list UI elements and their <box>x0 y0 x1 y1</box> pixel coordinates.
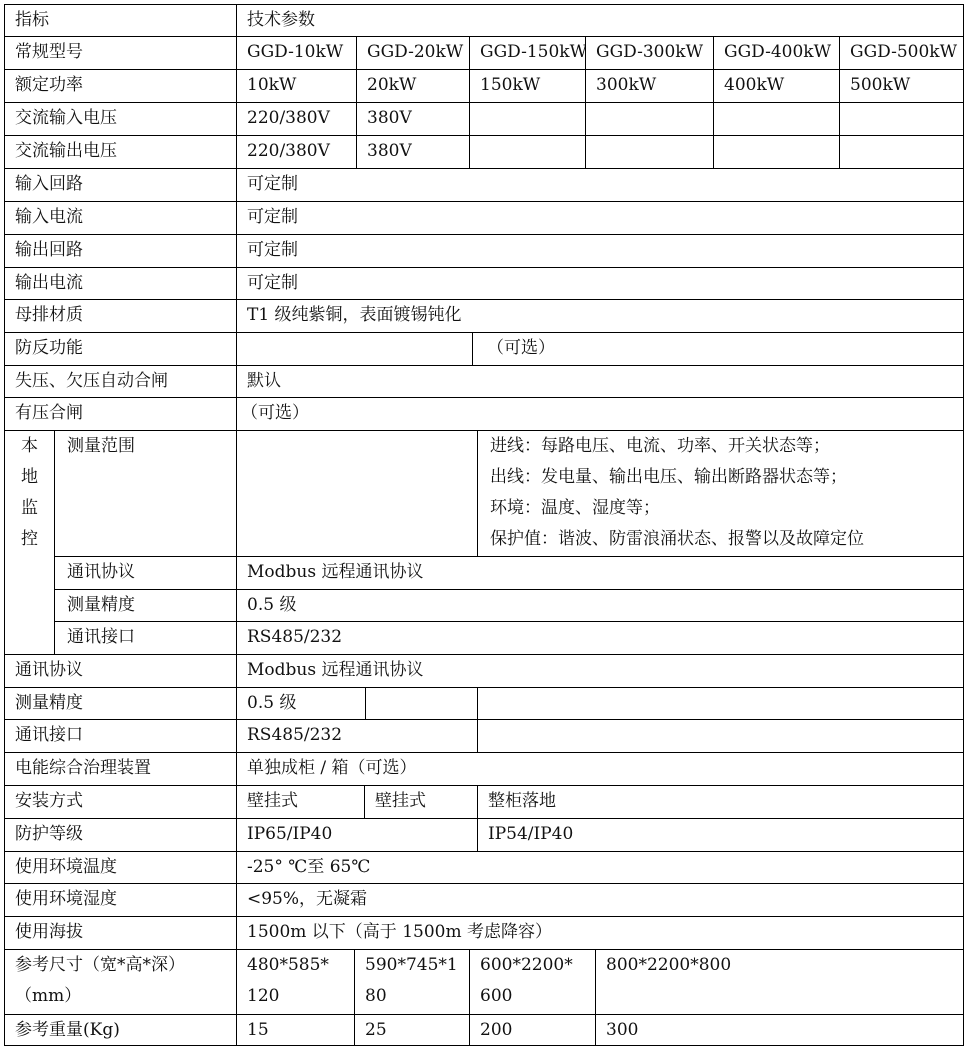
row-label-interface: 通讯接口 <box>4 719 237 753</box>
row-label-operating_humidity-text: 使用环境湿度 <box>15 884 236 915</box>
row-label-altitude-text: 使用海拔 <box>15 917 236 948</box>
local-interface-value: RS485/232 <box>236 621 964 655</box>
row-label-interface-text: 通讯接口 <box>15 720 236 751</box>
row-label-dimensions-text: 参考尺寸（宽*高*深） <box>15 950 236 981</box>
row-label-anti_reverse: 防反功能 <box>4 332 237 366</box>
interface-cell-text <box>488 720 963 751</box>
row-label-dimensions-text: （mm） <box>15 981 236 1012</box>
row-label-input_circuit-text: 输入回路 <box>15 169 236 200</box>
ac_input_voltage-cell-text: 220/380V <box>247 103 356 134</box>
live_close-value-text: （可选） <box>241 398 963 429</box>
operating_temperature-value-text: -25° ℃至 65℃ <box>247 852 963 883</box>
weight-cell: 25 <box>354 1014 470 1046</box>
ac_output_voltage-cell-text: 220/380V <box>247 136 356 167</box>
row-label-installation: 安装方式 <box>4 785 237 819</box>
spec-table: 指标技术参数常规型号GGD-10kWGGD-20kWGGD-150kWGGD-3… <box>0 0 968 1050</box>
models-cell-text: GGD-500kW <box>850 37 963 68</box>
dimensions-cell-text: 600*2200* <box>480 950 595 981</box>
models-cell: GGD-500kW <box>839 36 964 70</box>
rated_power-cell: 300kW <box>585 69 714 103</box>
measurement_range-detail-text: 环境：温度、湿度等； <box>490 493 963 524</box>
ac_input_voltage-cell <box>469 102 586 136</box>
models-cell-text: GGD-10kW <box>247 37 356 68</box>
row-label-rated_power-text: 额定功率 <box>15 70 236 101</box>
local-interface-value-text: RS485/232 <box>247 622 963 653</box>
row-label-busbar_material: 母排材质 <box>4 299 237 333</box>
row-label-power_quality_device: 电能综合治理装置 <box>4 752 237 786</box>
measurement_range-detail: 进线：每路电压、电流、功率、开关状态等；出线：发电量、输出电压、输出断路器状态等… <box>477 430 964 557</box>
row-label-operating_temperature: 使用环境温度 <box>4 851 237 884</box>
altitude-value-text: 1500m 以下（高于 1500m 考虑降容） <box>247 917 963 948</box>
measurement_range-cell <box>236 430 478 557</box>
row-label-output_circuit: 输出回路 <box>4 234 237 268</box>
weight-cell: 200 <box>469 1014 596 1046</box>
row-label-accuracy: 测量精度 <box>4 687 237 720</box>
measurement_range-detail-text: 出线：发电量、输出电压、输出断路器状态等； <box>490 462 963 493</box>
row-label-measurement_range-text: 测量范围 <box>67 431 236 462</box>
row-label-protocol-text: 通讯协议 <box>15 655 236 686</box>
operating_humidity-value-text: <95%，无凝霜 <box>247 884 963 915</box>
header-value: 技术参数 <box>236 4 964 37</box>
row-label-models: 常规型号 <box>4 36 237 70</box>
row-label-auto_reclose-text: 失压、欠压自动合闸 <box>15 366 236 397</box>
anti_reverse-cell-text <box>247 333 472 364</box>
weight-cell: 15 <box>236 1014 355 1046</box>
row-label-measurement_range: 测量范围 <box>54 430 237 557</box>
row-label-protocol: 通讯协议 <box>4 654 237 688</box>
local-row-label-protocol: 通讯协议 <box>54 556 237 590</box>
local-protocol-value-text: Modbus 远程通讯协议 <box>247 557 963 588</box>
rated_power-cell-text: 300kW <box>596 70 713 101</box>
protocol-value: Modbus 远程通讯协议 <box>236 654 964 688</box>
interface-cell: RS485/232 <box>236 719 478 753</box>
row-label-output_circuit-text: 输出回路 <box>15 235 236 266</box>
protection_rating-cell-text: IP65/IP40 <box>247 819 477 850</box>
row-label-protection_rating-text: 防护等级 <box>15 819 236 850</box>
rated_power-cell: 500kW <box>839 69 964 103</box>
protection_rating-cell: IP65/IP40 <box>236 818 478 852</box>
row-label-input_current: 输入电流 <box>4 201 237 235</box>
input_circuit-value-text: 可定制 <box>247 169 963 200</box>
models-cell-text: GGD-400kW <box>724 37 839 68</box>
ac_input_voltage-cell <box>839 102 964 136</box>
header-label: 指标 <box>4 4 237 37</box>
dimensions-cell-text: 590*745*1 <box>365 950 469 981</box>
dimensions-cell: 600*2200*600 <box>469 949 596 1015</box>
input_current-value: 可定制 <box>236 201 964 235</box>
rated_power-cell: 20kW <box>356 69 470 103</box>
row-label-live_close-text: 有压合闸 <box>15 398 236 429</box>
installation-cell: 壁挂式 <box>236 785 365 819</box>
rated_power-cell-text: 400kW <box>724 70 839 101</box>
installation-cell-text: 整柜落地 <box>488 786 963 817</box>
row-label-busbar_material-text: 母排材质 <box>15 300 236 331</box>
auto_reclose-value: 默认 <box>236 365 964 398</box>
dimensions-cell-text: 80 <box>365 981 469 1012</box>
installation-cell-text: 壁挂式 <box>375 786 477 817</box>
accuracy-cell-text <box>488 688 963 719</box>
operating_humidity-value: <95%，无凝霜 <box>236 883 964 917</box>
row-label-output_current: 输出电流 <box>4 267 237 300</box>
models-cell-text: GGD-300kW <box>596 37 713 68</box>
row-label-ac_output_voltage-text: 交流输出电压 <box>15 136 236 167</box>
ac_output_voltage-cell-text <box>724 136 839 167</box>
weight-cell-text: 200 <box>480 1015 595 1046</box>
row-label-operating_humidity: 使用环境湿度 <box>4 883 237 917</box>
dimensions-cell-text: 120 <box>247 981 354 1012</box>
row-label-weight-text: 参考重量(Kg) <box>15 1015 236 1046</box>
local-accuracy-value: 0.5 级 <box>236 589 964 622</box>
row-label-auto_reclose: 失压、欠压自动合闸 <box>4 365 237 398</box>
dimensions-cell-text <box>606 981 963 1012</box>
ac_input_voltage-cell <box>713 102 840 136</box>
dimensions-cell-text: 800*2200*800 <box>606 950 963 981</box>
row-label-ac_output_voltage: 交流输出电压 <box>4 135 237 169</box>
ac_output_voltage-cell: 380V <box>356 135 470 169</box>
interface-cell-text: RS485/232 <box>247 720 477 751</box>
ac_output_voltage-cell: 220/380V <box>236 135 357 169</box>
local-row-label-protocol-text: 通讯协议 <box>67 557 236 588</box>
ac_input_voltage-cell <box>585 102 714 136</box>
output_circuit-value-text: 可定制 <box>247 235 963 266</box>
anti_reverse-cell <box>236 332 473 366</box>
local-monitoring-group-label-text: 本 <box>5 431 54 462</box>
local-row-label-accuracy: 测量精度 <box>54 589 237 622</box>
power_quality_device-value-text: 单独成柜 / 箱（可选） <box>247 753 963 784</box>
local-monitoring-group-label: 本地监控 <box>4 430 55 655</box>
row-label-input_circuit: 输入回路 <box>4 168 237 202</box>
weight-cell-text: 25 <box>365 1015 469 1046</box>
auto_reclose-value-text: 默认 <box>247 366 963 397</box>
row-label-protection_rating: 防护等级 <box>4 818 237 852</box>
ac_input_voltage-cell: 220/380V <box>236 102 357 136</box>
ac_output_voltage-cell <box>839 135 964 169</box>
dimensions-cell-text: 600 <box>480 981 595 1012</box>
ac_output_voltage-cell-text <box>850 136 963 167</box>
rated_power-cell: 400kW <box>713 69 840 103</box>
accuracy-cell <box>477 687 964 720</box>
row-label-anti_reverse-text: 防反功能 <box>15 333 236 364</box>
rated_power-cell: 150kW <box>469 69 586 103</box>
models-cell: GGD-10kW <box>236 36 357 70</box>
busbar_material-value-text: T1 级纯紫铜，表面镀锡钝化 <box>247 300 963 331</box>
power_quality_device-value: 单独成柜 / 箱（可选） <box>236 752 964 786</box>
dimensions-cell: 590*745*180 <box>354 949 470 1015</box>
live_close-value: （可选） <box>236 397 964 431</box>
ac_output_voltage-cell-text <box>596 136 713 167</box>
input_current-value-text: 可定制 <box>247 202 963 233</box>
row-label-operating_temperature-text: 使用环境温度 <box>15 852 236 883</box>
rated_power-cell-text: 10kW <box>247 70 356 101</box>
anti_reverse-cell-text: （可选） <box>487 333 963 364</box>
local-monitoring-group-label-text: 地 <box>5 462 54 493</box>
weight-cell-text: 15 <box>247 1015 354 1046</box>
ac_input_voltage-cell-text <box>724 103 839 134</box>
weight-cell-text: 300 <box>606 1015 963 1046</box>
installation-cell: 整柜落地 <box>477 785 964 819</box>
row-label-output_current-text: 输出电流 <box>15 268 236 299</box>
local-accuracy-value-text: 0.5 级 <box>247 590 963 621</box>
installation-cell: 壁挂式 <box>364 785 478 819</box>
local-row-label-interface-text: 通讯接口 <box>67 622 236 653</box>
models-cell: GGD-300kW <box>585 36 714 70</box>
measurement_range-detail-text: 保护值：谐波、防雷浪涌状态、报警以及故障定位 <box>490 524 963 555</box>
busbar_material-value: T1 级纯紫铜，表面镀锡钝化 <box>236 299 964 333</box>
protection_rating-cell: IP54/IP40 <box>477 818 964 852</box>
row-label-altitude: 使用海拔 <box>4 916 237 950</box>
ac_input_voltage-cell-text <box>480 103 585 134</box>
rated_power-cell-text: 150kW <box>480 70 585 101</box>
models-cell: GGD-20kW <box>356 36 470 70</box>
weight-cell: 300 <box>595 1014 964 1046</box>
operating_temperature-value: -25° ℃至 65℃ <box>236 851 964 884</box>
input_circuit-value: 可定制 <box>236 168 964 202</box>
ac_output_voltage-cell <box>469 135 586 169</box>
output_current-value: 可定制 <box>236 267 964 300</box>
protection_rating-cell-text: IP54/IP40 <box>488 819 963 850</box>
row-label-ac_input_voltage: 交流输入电压 <box>4 102 237 136</box>
dimensions-cell: 480*585*120 <box>236 949 355 1015</box>
row-label-accuracy-text: 测量精度 <box>15 688 236 719</box>
models-cell-text: GGD-150kW <box>480 37 585 68</box>
installation-cell-text: 壁挂式 <box>247 786 364 817</box>
accuracy-cell-text: 0.5 级 <box>247 688 365 719</box>
ac_output_voltage-cell-text <box>480 136 585 167</box>
row-label-input_current-text: 输入电流 <box>15 202 236 233</box>
output_current-value-text: 可定制 <box>247 268 963 299</box>
accuracy-cell-text <box>376 688 477 719</box>
ac_output_voltage-cell <box>713 135 840 169</box>
models-cell: GGD-400kW <box>713 36 840 70</box>
ac_input_voltage-cell: 380V <box>356 102 470 136</box>
dimensions-cell: 800*2200*800 <box>595 949 964 1015</box>
row-label-dimensions: 参考尺寸（宽*高*深）（mm） <box>4 949 237 1015</box>
local-protocol-value: Modbus 远程通讯协议 <box>236 556 964 590</box>
row-label-weight: 参考重量(Kg) <box>4 1014 237 1046</box>
anti_reverse-cell: （可选） <box>472 332 964 366</box>
rated_power-cell-text: 500kW <box>850 70 963 101</box>
row-label-live_close: 有压合闸 <box>4 397 237 431</box>
row-label-installation-text: 安装方式 <box>15 786 236 817</box>
row-label-ac_input_voltage-text: 交流输入电压 <box>15 103 236 134</box>
altitude-value: 1500m 以下（高于 1500m 考虑降容） <box>236 916 964 950</box>
output_circuit-value: 可定制 <box>236 234 964 268</box>
measurement_range-detail-text: 进线：每路电压、电流、功率、开关状态等； <box>490 431 963 462</box>
row-label-models-text: 常规型号 <box>15 37 236 68</box>
models-cell: GGD-150kW <box>469 36 586 70</box>
local-monitoring-group-label-text: 监 <box>5 493 54 524</box>
rated_power-cell-text: 20kW <box>367 70 469 101</box>
rated_power-cell: 10kW <box>236 69 357 103</box>
ac_input_voltage-cell-text: 380V <box>367 103 469 134</box>
local-row-label-interface: 通讯接口 <box>54 621 237 655</box>
row-label-rated_power: 额定功率 <box>4 69 237 103</box>
interface-cell <box>477 719 964 753</box>
models-cell-text: GGD-20kW <box>367 37 469 68</box>
accuracy-cell: 0.5 级 <box>236 687 366 720</box>
local-monitoring-group-label-text: 控 <box>5 524 54 555</box>
row-label-power_quality_device-text: 电能综合治理装置 <box>15 753 236 784</box>
local-row-label-accuracy-text: 测量精度 <box>67 590 236 621</box>
ac_input_voltage-cell-text <box>850 103 963 134</box>
protocol-value-text: Modbus 远程通讯协议 <box>247 655 963 686</box>
ac_output_voltage-cell <box>585 135 714 169</box>
ac_input_voltage-cell-text <box>596 103 713 134</box>
dimensions-cell-text: 480*585* <box>247 950 354 981</box>
header-label-text: 指标 <box>15 5 236 36</box>
header-value-text: 技术参数 <box>247 5 963 36</box>
ac_output_voltage-cell-text: 380V <box>367 136 469 167</box>
accuracy-cell <box>365 687 478 720</box>
measurement_range-cell-text <box>247 431 477 462</box>
